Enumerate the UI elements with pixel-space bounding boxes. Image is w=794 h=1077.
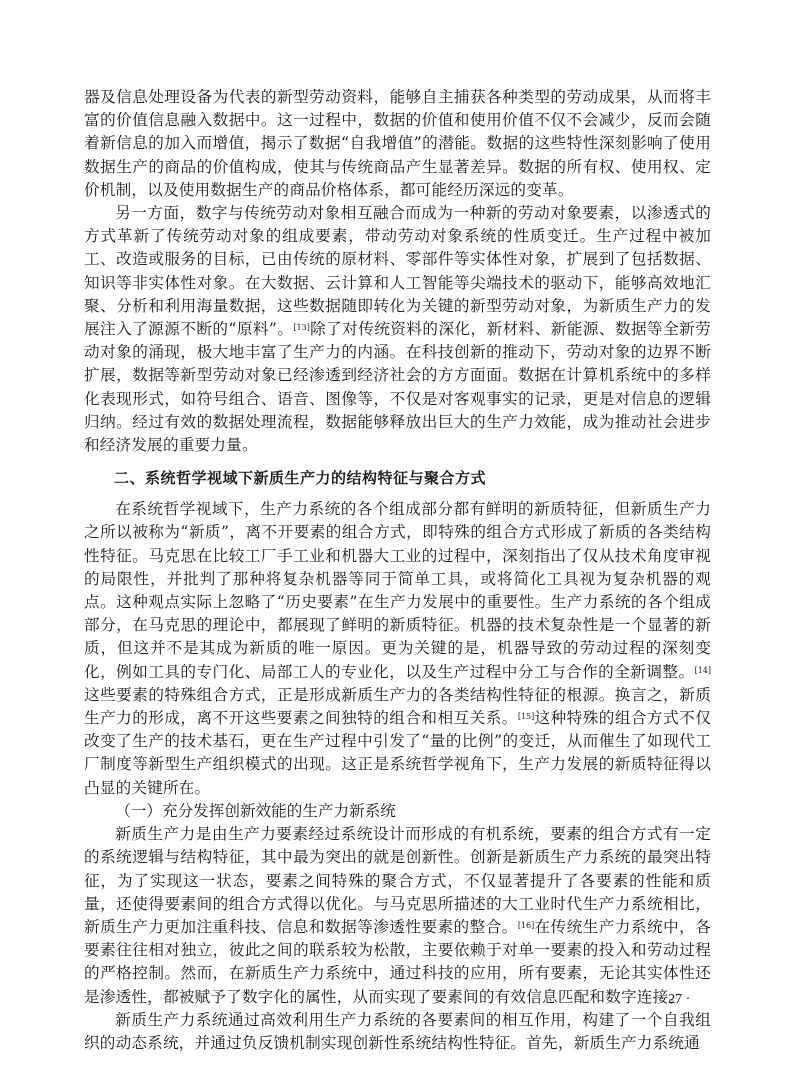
paragraph-continued: 器及信息处理设备为代表的新型劳动资料，能够自主捕获各种类型的劳动成果，从而将丰富… xyxy=(84,86,711,202)
paragraph-text: 另一方面，数字与传统劳动对象相互融合而成为一种新的劳动对象要素，以渗透式的方式革… xyxy=(84,204,711,338)
section-heading: 二、系统哲学视域下新质生产力的结构特征与聚合方式 xyxy=(84,467,711,490)
paragraph-labor-objects: 另一方面，数字与传统劳动对象相互融合而成为一种新的劳动对象要素，以渗透式的方式革… xyxy=(84,202,711,457)
paragraph-text: 在系统哲学视域下，生产力系统的各个组成部分都有鲜明的新质特征，但新质生产力之所以… xyxy=(84,500,711,680)
citation-ref: [16] xyxy=(518,921,534,930)
paragraph-self-organizing: 新质生产力系统通过高效利用生产力系统的各要素间的相互作用，构建了一个自我组织的动… xyxy=(84,1009,711,1055)
citation-ref: [13] xyxy=(293,323,309,332)
citation-ref: [15] xyxy=(518,712,534,721)
paragraph-text: 除了对传统资料的深化，新材料、新能源、数据等全新劳动对象的涌现，极大地丰富了生产… xyxy=(84,320,711,454)
subsection-heading: （一）充分发挥创新效能的生产力新系统 xyxy=(84,800,711,823)
paragraph-innovation: 新质生产力是由生产力要素经过系统设计而形成的有机系统，要素的组合方式有一定的系统… xyxy=(84,823,711,1009)
paragraph-system-philosophy: 在系统哲学视域下，生产力系统的各个组成部分都有鲜明的新质特征，但新质生产力之所以… xyxy=(84,498,711,800)
page-body: 器及信息处理设备为代表的新型劳动资料，能够自主捕获各种类型的劳动成果，从而将丰富… xyxy=(84,86,711,1055)
citation-ref: [14] xyxy=(695,666,711,675)
page-number: · 27 · xyxy=(660,992,690,1008)
